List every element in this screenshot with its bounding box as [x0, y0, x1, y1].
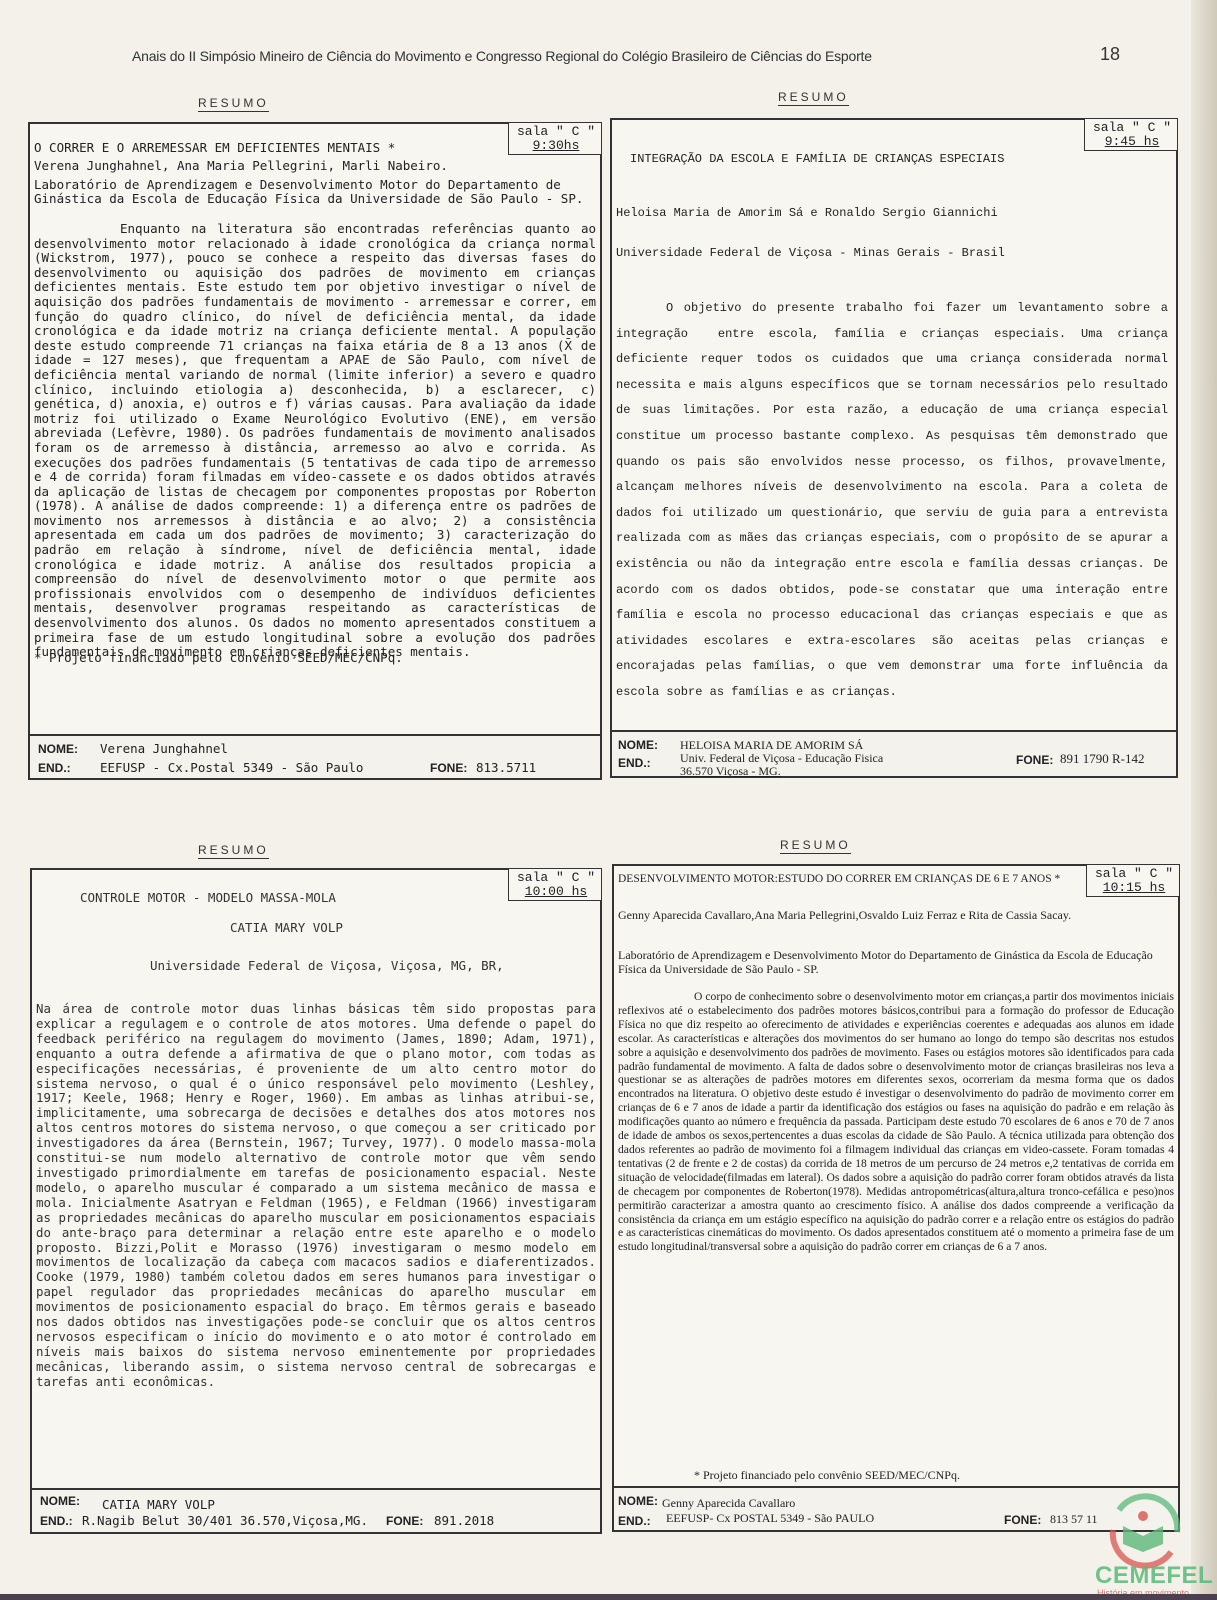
- abstract-affiliation: Universidade Federal de Viçosa, Viçosa, …: [150, 958, 504, 973]
- room-time-box: sala " C " 10:15 hs: [1086, 864, 1180, 897]
- address-label: END.:: [40, 1514, 73, 1528]
- abstract-card-4: sala " C " 10:15 hs DESENVOLVIMENTO MOTO…: [612, 864, 1180, 1532]
- session-time: 10:15 hs: [1095, 881, 1173, 895]
- contact-phone: 891 1790 R-142: [1060, 751, 1145, 767]
- abstract-body: O objetivo do presente trabalho foi faze…: [616, 296, 1168, 706]
- name-label: NOME:: [40, 1494, 80, 1508]
- contact-name: Genny Aparecida Cavallaro: [662, 1496, 795, 1511]
- abstract-title: INTEGRAÇÃO DA ESCOLA E FAMÍLIA DE CRIANÇ…: [630, 152, 1004, 166]
- contact-phone: 813.5711: [476, 760, 536, 775]
- room-time-box: sala " C " 9:30hs: [508, 122, 602, 155]
- page-edge: [1191, 0, 1217, 1600]
- room-label: sala " C ": [517, 870, 595, 885]
- contact-footer: NOME: Verena Junghahnel END.: EEFUSP - C…: [30, 734, 600, 778]
- room-label: sala " C ": [517, 124, 595, 139]
- contact-address: EEFUSP- Cx POSTAL 5349 - São PAULO: [666, 1511, 874, 1526]
- room-label: sala " C ": [1093, 120, 1171, 135]
- contact-name: CATIA MARY VOLP: [102, 1497, 215, 1512]
- contact-footer: NOME: HELOISA MARIA DE AMORIM SÁ END.: U…: [612, 730, 1176, 776]
- abstract-body: Na área de controle motor duas linhas bá…: [36, 1002, 596, 1390]
- resumo-label: RESUMO: [198, 843, 269, 859]
- contact-address: EEFUSP - Cx.Postal 5349 - São Paulo: [100, 760, 363, 775]
- contact-footer: NOME: CATIA MARY VOLP END.: R.Nagib Belu…: [32, 1488, 600, 1532]
- resumo-label: RESUMO: [198, 96, 269, 112]
- abstract-affiliation: Laboratório de Aprendizagem e Desenvolvi…: [618, 948, 1174, 976]
- resumo-label: RESUMO: [780, 838, 851, 854]
- abstract-body: Enquanto na literatura são encontradas r…: [34, 222, 596, 660]
- abstract-affiliation: Universidade Federal de Viçosa - Minas G…: [616, 246, 1005, 260]
- session-time: 9:30hs: [517, 139, 595, 153]
- funding-note: * Projeto financiado pelo convênio SEED/…: [694, 1468, 960, 1483]
- contact-phone: 891.2018: [434, 1513, 494, 1528]
- phone-label: FONE:: [386, 1514, 423, 1528]
- contact-address-line-2: 36.570 Viçosa - MG.: [680, 764, 781, 779]
- abstract-card-2: sala " C " 9:45 hs INTEGRAÇÃO DA ESCOLA …: [610, 118, 1178, 778]
- abstract-card-1: sala " C " 9:30hs O CORRER E O ARREMESSA…: [28, 122, 602, 780]
- cemefel-logo: CEMEFEL História em movimento: [1085, 1490, 1205, 1600]
- session-time: 10:00 hs: [517, 885, 595, 899]
- abstract-card-3: sala " C " 10:00 hs CONTROLE MOTOR - MOD…: [30, 868, 602, 1534]
- room-time-box: sala " C " 9:45 hs: [1084, 118, 1178, 151]
- abstract-authors: Verena Junghahnel, Ana Maria Pellegrini,…: [34, 158, 448, 173]
- abstract-body: O corpo de conhecimento sobre o desenvol…: [618, 990, 1174, 1254]
- abstract-authors: Heloisa Maria de Amorim Sá e Ronaldo Ser…: [616, 206, 998, 220]
- funding-note: * Projeto financiado pelo convênio SEED/…: [34, 650, 403, 665]
- phone-label: FONE:: [1004, 1513, 1041, 1527]
- scan-bottom-edge: [0, 1594, 1217, 1600]
- address-label: END.:: [38, 761, 71, 775]
- contact-name: Verena Junghahnel: [100, 741, 228, 756]
- abstract-authors: Genny Aparecida Cavallaro,Ana Maria Pell…: [618, 908, 1174, 923]
- address-label: END.:: [618, 756, 651, 770]
- abstract-title: O CORRER E O ARREMESSAR EM DEFICIENTES M…: [34, 140, 395, 155]
- session-time: 9:45 hs: [1093, 135, 1171, 149]
- page-number: 18: [1100, 44, 1120, 65]
- abstract-affiliation: Laboratório de Aprendizagem e Desenvolvi…: [34, 178, 594, 206]
- abstract-authors: CATIA MARY VOLP: [230, 920, 343, 935]
- name-label: NOME:: [618, 1494, 658, 1508]
- resumo-label: RESUMO: [778, 90, 849, 106]
- proceedings-header: Anais do II Simpósio Mineiro de Ciência …: [132, 48, 872, 64]
- abstract-title: CONTROLE MOTOR - MODELO MASSA-MOLA: [80, 890, 336, 905]
- phone-label: FONE:: [1016, 753, 1053, 767]
- room-time-box: sala " C " 10:00 hs: [508, 868, 602, 901]
- phone-label: FONE:: [430, 761, 467, 775]
- abstract-title: DESENVOLVIMENTO MOTOR:ESTUDO DO CORRER E…: [618, 872, 1066, 886]
- name-label: NOME:: [38, 742, 78, 756]
- room-label: sala " C ": [1095, 866, 1173, 881]
- contact-address: R.Nagib Belut 30/401 36.570,Viçosa,MG.: [82, 1513, 368, 1528]
- address-label: END.:: [618, 1514, 651, 1528]
- logo-wordmark: CEMEFEL: [1095, 1562, 1213, 1590]
- name-label: NOME:: [618, 738, 658, 752]
